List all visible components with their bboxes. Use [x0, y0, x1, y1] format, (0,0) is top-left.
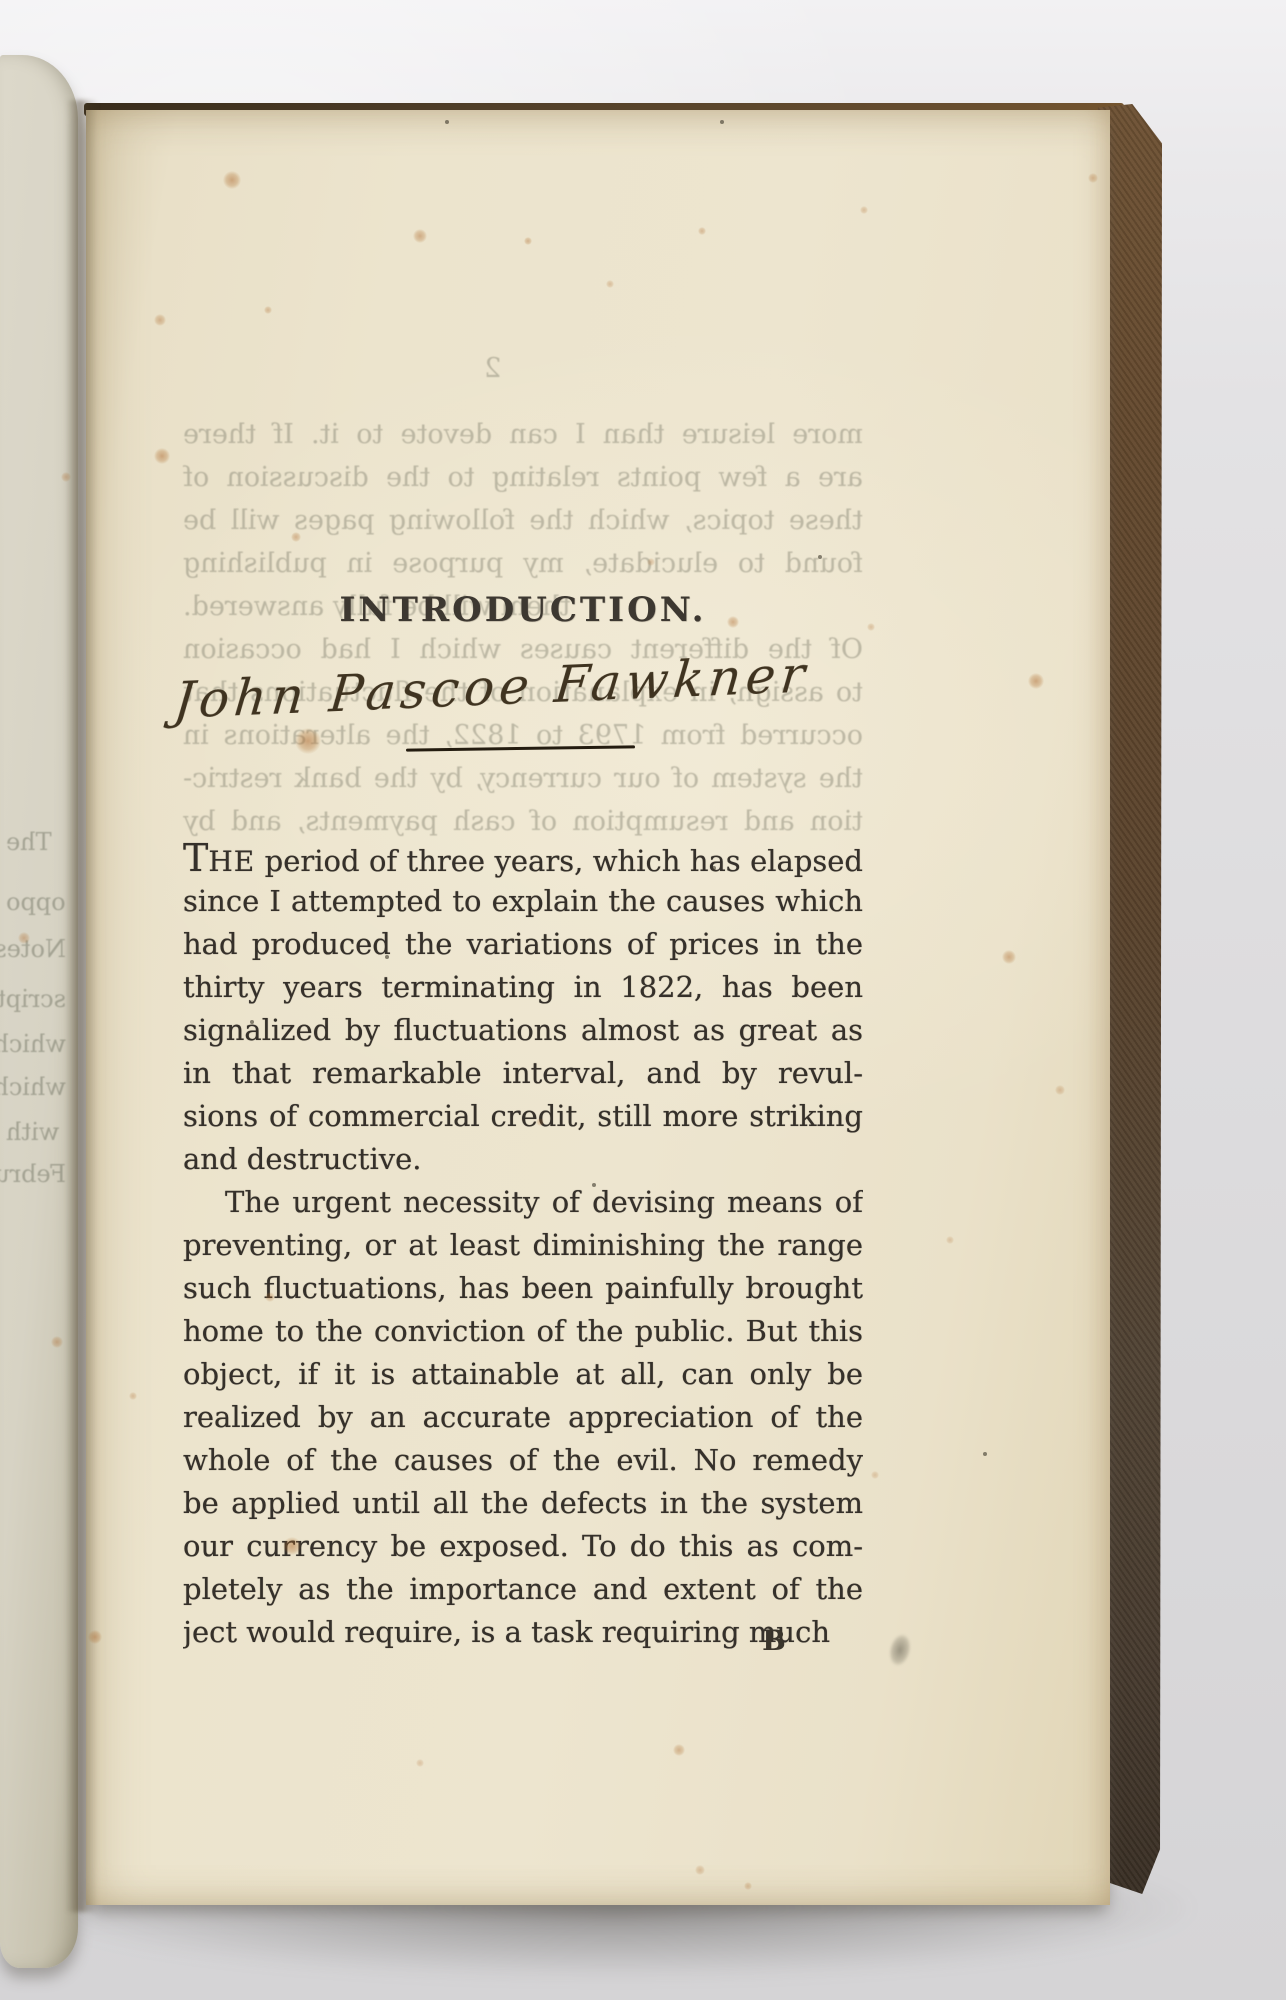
foxing-spot [129, 1392, 137, 1400]
foxing-spot [673, 1744, 685, 1756]
body-text-line: and destructive. [183, 1138, 863, 1181]
foxing-spot [871, 1471, 879, 1479]
foxing-spot [283, 1537, 301, 1555]
foxing-spot [536, 1118, 544, 1126]
body-text-line: object, if it is attainable at all, can … [183, 1353, 863, 1396]
foxing-spot [413, 229, 427, 243]
ghost-text-line: these topics, which the following pages … [183, 499, 863, 542]
ghost-text-line: more leisure than I can devote to it. If… [183, 413, 863, 456]
body-text-line: whole of the causes of the evil. No reme… [183, 1439, 863, 1482]
body-text-line: preventing, or at least diminishing the … [183, 1224, 863, 1267]
foxing-spot [154, 448, 170, 464]
foxing-spot [416, 1759, 424, 1767]
page-edge-fragment: oppo [6, 888, 66, 916]
speck [818, 555, 822, 559]
ghost-page-number: 2 [484, 353, 501, 384]
foxing-spot [647, 558, 655, 566]
foxing-spot [946, 1236, 954, 1244]
body-text-line: pletely as the importance and extent of … [183, 1568, 863, 1611]
speck [983, 1452, 987, 1456]
page-edge-fragment: The [6, 828, 66, 856]
body-text-line: sions of commercial credit, still more s… [183, 1095, 863, 1138]
foxing-spot [154, 314, 166, 326]
photo-background: TheoppoNotesscriptwhichwhichwithFebru 2 … [0, 0, 1286, 2000]
page-edge-fragment: with [6, 1118, 66, 1146]
body-text-line: thirty years terminating in 1822, has be… [183, 966, 863, 1009]
foxing-spot [695, 1865, 705, 1875]
ghost-text-line: are a few points relating to the discuss… [183, 456, 863, 499]
body-text-line: in that remarkable interval, and by revu… [183, 1052, 863, 1095]
foxing-spot [698, 227, 706, 235]
ghost-text-line: the system of our currency, by the bank … [183, 757, 863, 800]
foxing-spot [867, 623, 875, 631]
page-edge-fragment: Febru [6, 1160, 66, 1188]
body-text-line: realized by an accurate appreciation of … [183, 1396, 863, 1439]
body-text-line: such fluctuations, has been painfully br… [183, 1267, 863, 1310]
page-edge-fragment: which [6, 1073, 66, 1101]
foxing-spot [291, 532, 301, 542]
foxing-spot [606, 280, 614, 288]
foxing-spot [524, 237, 532, 245]
foxing-spot [295, 728, 321, 754]
body-text-line: home to the conviction of the public. Bu… [183, 1310, 863, 1353]
page-edge-fragment: Notes [6, 935, 66, 963]
foxing-spot [1088, 173, 1098, 183]
foxing-spot [1055, 1085, 1065, 1095]
body-text-line: signalized by fluctuations almost as gre… [183, 1009, 863, 1052]
speck [385, 955, 389, 959]
body-text: THE period of three years, which has ela… [183, 837, 863, 1654]
speck [712, 866, 716, 870]
page-edge-fragment: script [6, 985, 66, 1013]
foxing-spot [1028, 673, 1044, 689]
book-page: 2 more leisure than I can devote to it. … [86, 110, 1110, 1905]
body-text-line: be applied until all the defects in the … [183, 1482, 863, 1525]
body-text-line: THE period of three years, which has ela… [183, 837, 863, 880]
foxing-spot [1002, 950, 1016, 964]
foxing-spot [727, 616, 739, 628]
foxing-spot [744, 1882, 752, 1890]
speck [592, 1183, 596, 1187]
foxing-spot [18, 932, 30, 944]
foxing-spot [264, 306, 272, 314]
body-text-line: had produced the variations of prices in… [183, 923, 863, 966]
foxing-spot [265, 1292, 275, 1302]
foxing-spot [223, 171, 241, 189]
foxing-spot [88, 1630, 102, 1644]
body-text-line: since I attempted to explain the causes … [183, 880, 863, 923]
foxing-spot [860, 206, 868, 214]
body-text-line: The urgent necessity of devising means o… [183, 1181, 863, 1224]
page-edge-fragment: which [6, 1030, 66, 1058]
page-title: INTRODUCTION. [183, 590, 863, 630]
speck [445, 120, 449, 124]
speck [720, 120, 724, 124]
ink-smudge [881, 1625, 919, 1674]
printer-signature-mark: B [734, 1624, 814, 1657]
foxing-spot [51, 1336, 63, 1348]
foxing-spot [61, 472, 71, 482]
ghost-text-line: found to elucidate, my purpose in publis… [183, 542, 863, 585]
speck [250, 1020, 254, 1024]
